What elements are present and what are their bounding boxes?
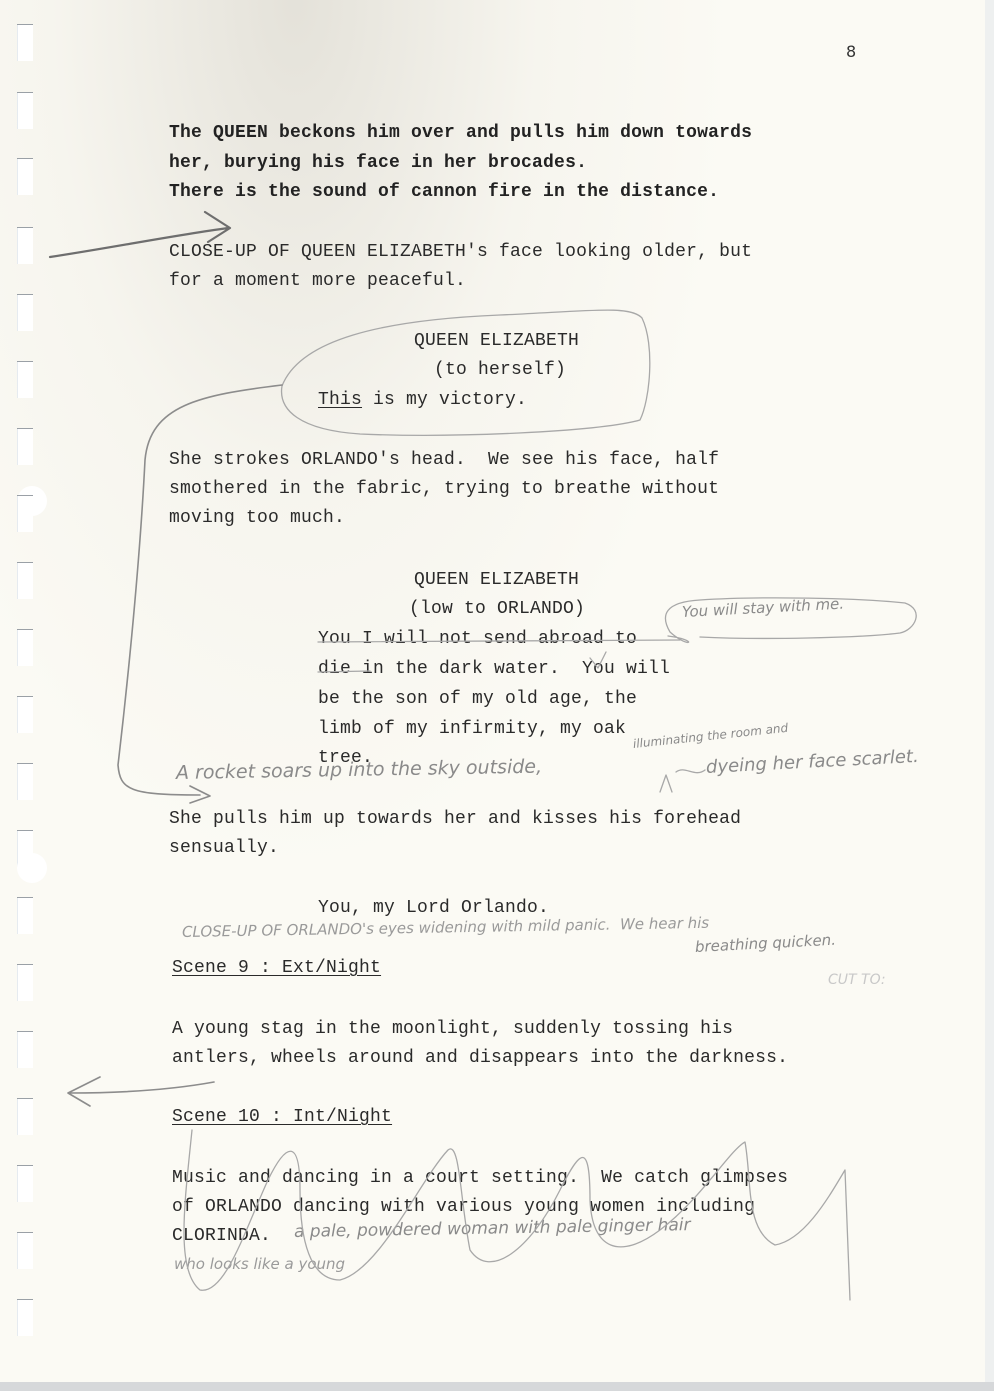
parenthetical: (to herself)	[434, 359, 566, 381]
action-line: She strokes ORLANDO's head. We see his f…	[169, 449, 719, 471]
action-line: antlers, wheels around and disappears in…	[172, 1047, 788, 1069]
binder-hole	[17, 1165, 33, 1202]
scan-edge-bottom	[0, 1382, 994, 1391]
page-number: 8	[846, 42, 856, 61]
action-line: A young stag in the moonlight, suddenly …	[172, 1018, 733, 1040]
dialogue-line: be the son of my old age, the	[318, 688, 637, 710]
binder-hole	[17, 92, 33, 129]
binder-hole	[17, 897, 33, 934]
character-name: QUEEN ELIZABETH	[414, 569, 579, 591]
dialogue-rest: is my victory.	[362, 390, 527, 410]
parenthetical: (low to ORLANDO)	[409, 598, 585, 620]
binder-hole	[17, 562, 33, 599]
action-line: CLOSE-UP OF QUEEN ELIZABETH's face looki…	[169, 241, 752, 263]
dialogue-line: This is my victory.	[318, 389, 527, 411]
binder-hole	[17, 495, 33, 532]
action-line: her, burying his face in her brocades.	[169, 152, 587, 174]
binder-hole	[17, 696, 33, 733]
binder-hole	[17, 227, 33, 264]
dialogue-line: limb of my infirmity, my oak	[318, 718, 626, 740]
binder-hole-round	[17, 853, 47, 883]
binder-hole	[17, 1098, 33, 1135]
binder-hole	[17, 428, 33, 465]
dialogue-line: You I will not send abroad to	[318, 628, 637, 650]
binder-hole	[17, 1232, 33, 1269]
handwritten-note: who looks like a young	[174, 1255, 345, 1273]
underlined-word: This	[318, 390, 362, 410]
action-line: Music and dancing in a court setting. We…	[172, 1167, 788, 1189]
action-line: smothered in the fabric, trying to breat…	[169, 478, 719, 500]
action-line: There is the sound of cannon fire in the…	[169, 181, 719, 203]
dialogue-line: You, my Lord Orlando.	[318, 897, 549, 919]
binder-hole	[17, 24, 33, 61]
scene-heading: Scene 10 : Int/Night	[172, 1106, 392, 1128]
action-line: She pulls him up towards her and kisses …	[169, 808, 741, 830]
binder-hole	[17, 361, 33, 398]
scan-edge-right	[985, 0, 994, 1391]
binder-hole	[17, 294, 33, 331]
action-line: moving too much.	[169, 507, 345, 529]
handwritten-note: CUT TO:	[828, 972, 886, 988]
action-line: sensually.	[169, 837, 279, 859]
binder-hole	[17, 629, 33, 666]
action-line: CLORINDA.	[172, 1225, 271, 1247]
action-line: for a moment more peaceful.	[169, 270, 466, 292]
binder-hole	[17, 158, 33, 195]
dialogue-line: die in the dark water. You will	[318, 658, 670, 680]
binder-hole	[17, 964, 33, 1001]
binder-hole	[17, 1299, 33, 1336]
action-line: The QUEEN beckons him over and pulls him…	[169, 122, 752, 144]
binder-hole	[17, 763, 33, 800]
scene-heading: Scene 9 : Ext/Night	[172, 957, 381, 979]
character-name: QUEEN ELIZABETH	[414, 330, 579, 352]
binder-hole	[17, 1031, 33, 1068]
